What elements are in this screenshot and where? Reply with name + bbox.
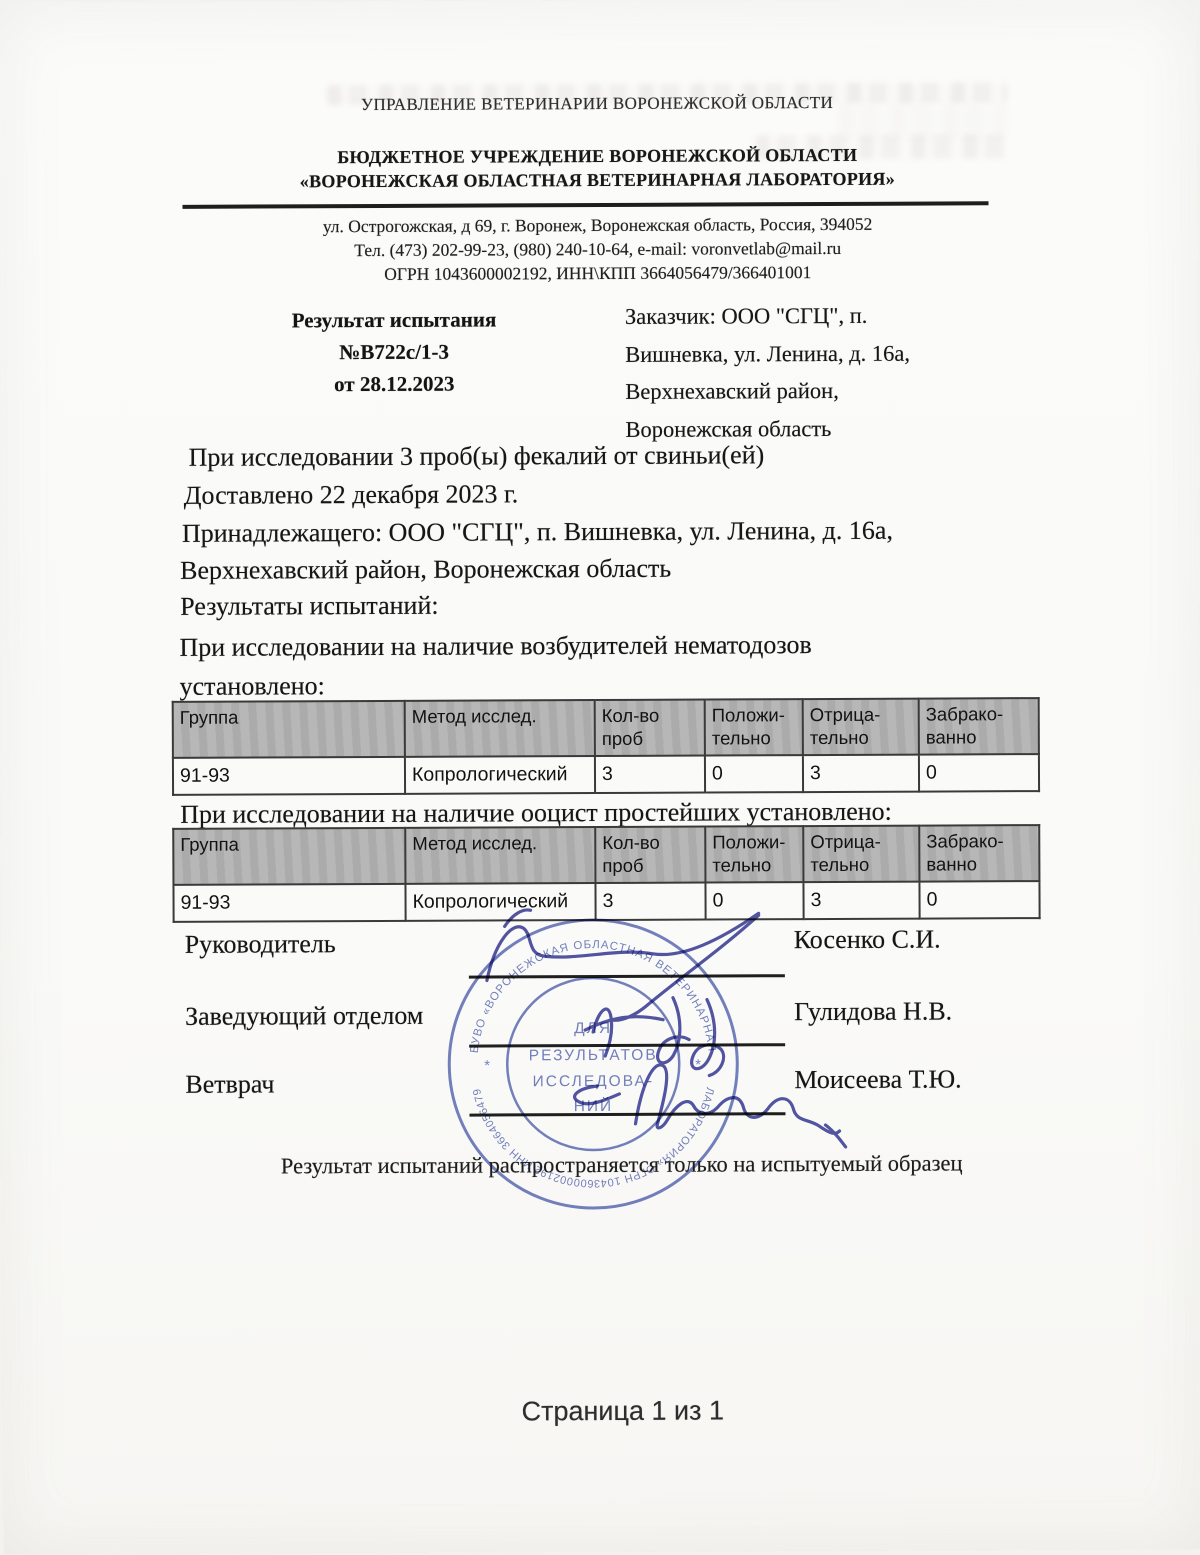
cell-method: Копрологический [405, 756, 595, 794]
signature-stroke-head-of-dept [691, 999, 723, 1075]
result-title-block: Результат испытания №В722с/1-3 от 28.12.… [226, 303, 562, 400]
result-number: №В722с/1-3 [226, 335, 562, 368]
signature-stroke-director [487, 913, 759, 980]
col-header-method: Метод исслед. [405, 700, 595, 757]
cell-negative: 3 [803, 755, 919, 793]
owner-line1: Принадлежащего: ООО "СГЦ", п. Вишневка, … [182, 516, 893, 549]
col-header-positive: Положи-тельно [705, 826, 803, 882]
intro-line: При исследовании 3 проб(ы) фекалий от св… [189, 440, 765, 473]
col-header-sample-count: Кол-во проб [595, 827, 705, 883]
owner-line2: Верхнехавский район, Воронежская область [180, 554, 671, 586]
signature-stroke-head-of-dept [657, 998, 689, 1063]
result-date: от 28.12.2023 [226, 367, 562, 400]
col-header-sample-count: Кол-во проб [595, 700, 705, 756]
col-header-rejected: Забрако-ванно [919, 698, 1039, 755]
section1-title: При исследовании на наличие возбудителей… [179, 625, 899, 706]
signature-stroke-vet [575, 1086, 620, 1104]
signature-stroke-head-of-dept [593, 1009, 612, 1056]
letterhead-org-line2: «ВОРОНЕЖСКАЯ ОБЛАСТНАЯ ВЕТЕРИНАРНАЯ ЛАБО… [97, 166, 1097, 194]
disclaimer-note: Результат испытаний распространяется тол… [2, 1149, 1200, 1180]
letterhead-divider-rule [183, 201, 989, 209]
result-title: Результат испытания [226, 303, 562, 336]
cell-group: 91-93 [173, 757, 405, 795]
col-header-method: Метод исслед. [405, 827, 595, 884]
signature-role-director: Руководитель [185, 929, 336, 960]
col-header-negative: Отрица-тельно [803, 699, 919, 756]
table-row: 91-93 Копрологический 3 0 3 0 [173, 754, 1039, 795]
col-header-group: Группа [173, 828, 405, 885]
signature-stroke-vet [826, 1125, 846, 1147]
cell-rejected: 0 [919, 754, 1039, 792]
page-number-label: Страница 1 из 1 [23, 1393, 1200, 1429]
table-header-row: Группа Метод исслед. Кол-во проб Положи-… [173, 825, 1039, 885]
customer-line: Верхнехавский район, [625, 371, 965, 410]
col-header-group: Группа [173, 701, 405, 758]
document-page: УПРАВЛЕНИЕ ВЕТЕРИНАРИИ ВОРОНЕЖСКОЙ ОБЛАС… [0, 0, 1200, 1555]
cell-sample-count: 3 [595, 756, 705, 793]
col-header-positive: Положи-тельно [705, 699, 803, 755]
signature-stroke-director [505, 910, 531, 926]
signature-stroke-director [611, 915, 759, 1020]
customer-line: Вишневка, ул. Ленина, д. 16а, [625, 334, 965, 373]
col-header-negative: Отрица-тельно [803, 826, 919, 883]
signature-role-vet: Ветврач [185, 1069, 274, 1099]
customer-line: Заказчик: ООО "СГЦ", п. [625, 296, 965, 335]
signature-role-head-of-dept: Заведующий отделом [185, 1001, 423, 1032]
signature-stroke-vet [635, 1064, 839, 1134]
cell-positive: 0 [705, 755, 803, 792]
cell-group: 91-93 [173, 884, 405, 922]
results-label: Результаты испытаний: [180, 591, 438, 622]
col-header-rejected: Забрако-ванно [919, 825, 1039, 882]
table-header-row: Группа Метод исслед. Кол-во проб Положи-… [173, 698, 1039, 758]
letterhead-registration: ОГРН 1043600002192, ИНН\КПП 3664056479/3… [98, 259, 1098, 287]
customer-block: Заказчик: ООО "СГЦ", п. Вишневка, ул. Ле… [625, 296, 966, 447]
nematodes-result-table: Группа Метод исслед. Кол-во проб Положи-… [172, 697, 1040, 796]
delivered-line: Доставлено 22 декабря 2023 г. [184, 479, 519, 510]
handwritten-signatures [420, 879, 941, 1181]
